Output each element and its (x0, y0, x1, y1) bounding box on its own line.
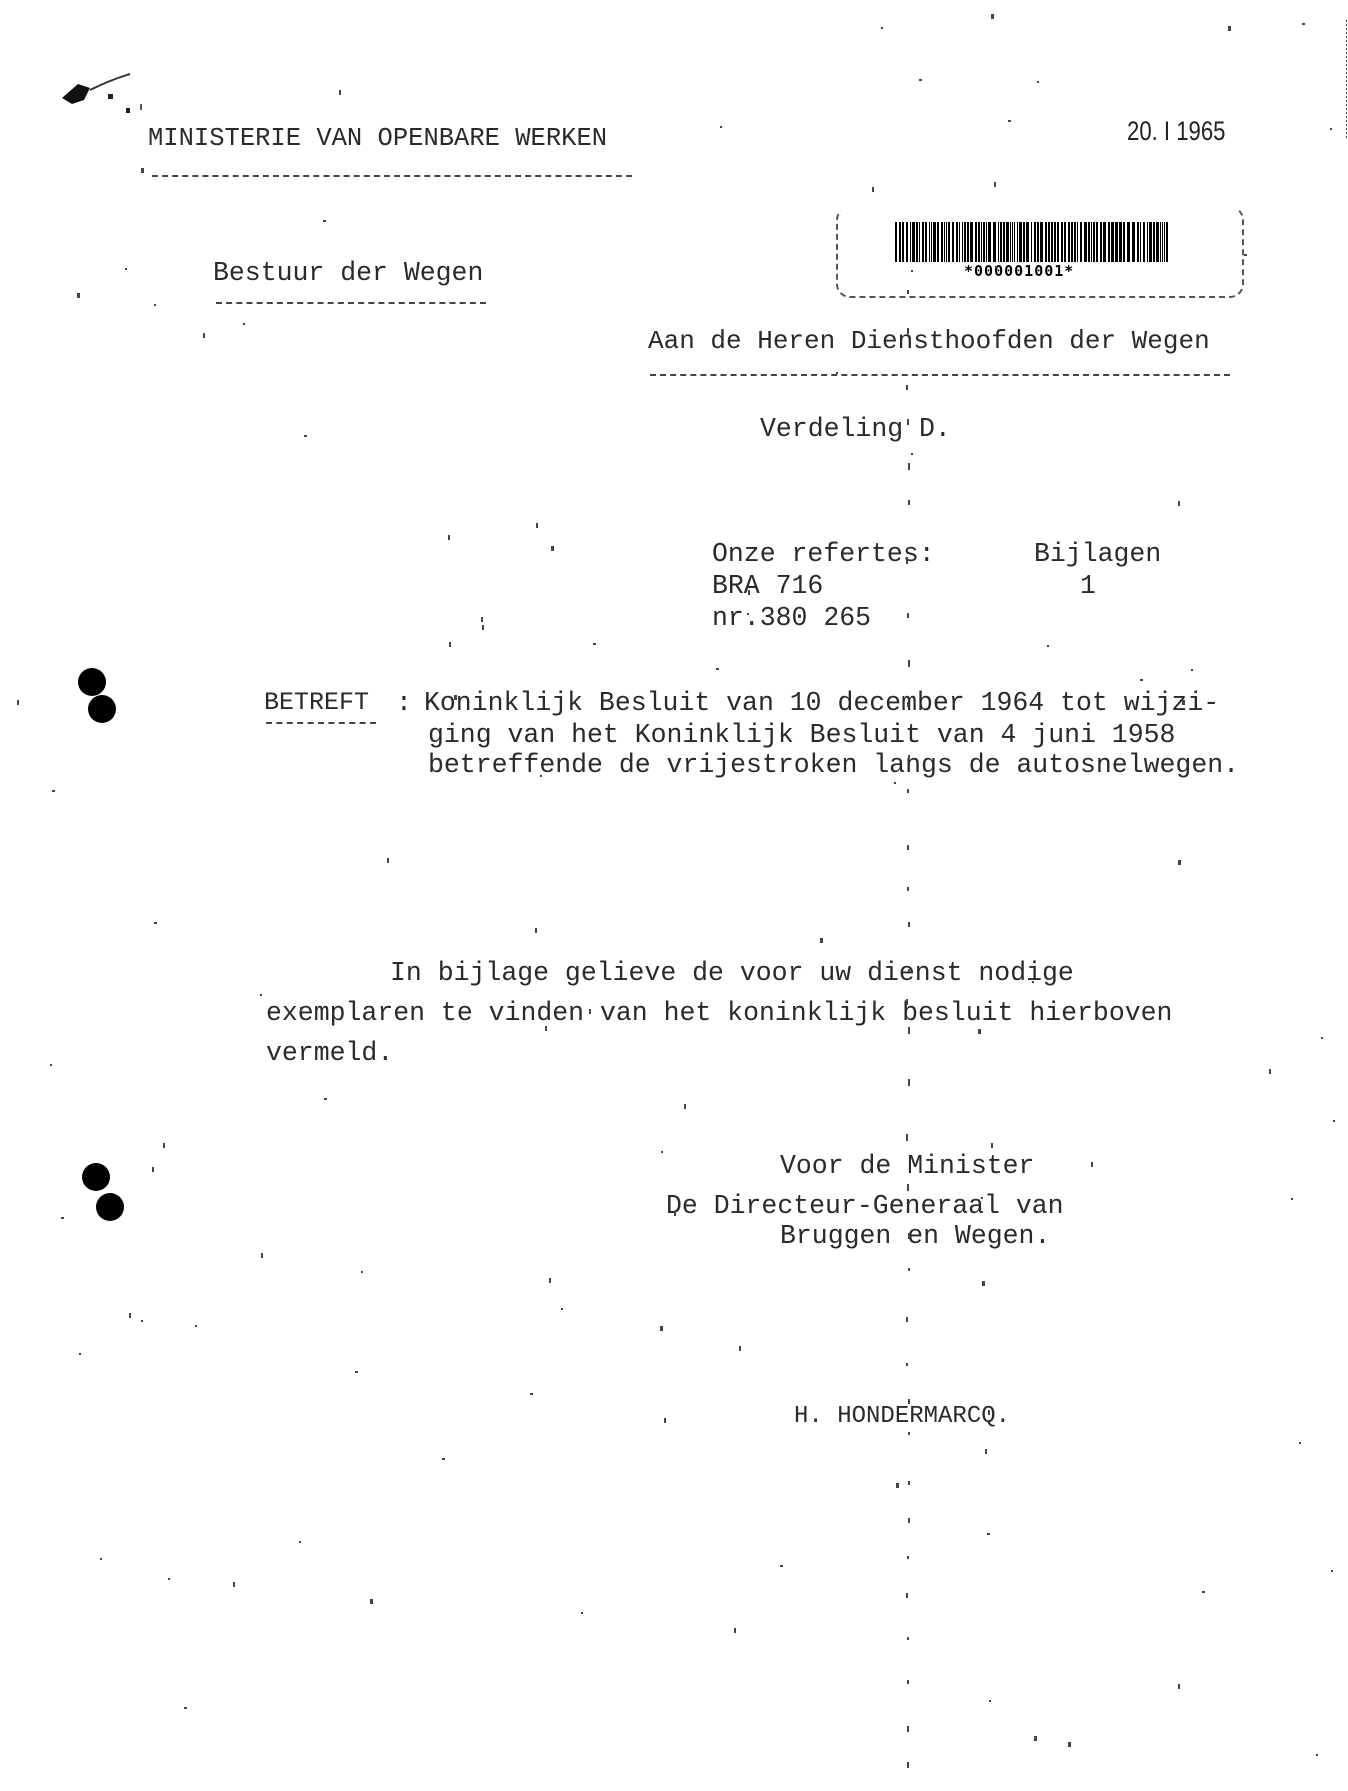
subject-label-underline (266, 722, 376, 724)
addressee-line: Aan de Heren Diensthoofden der Wegen (648, 326, 1210, 356)
barcode (895, 222, 1170, 262)
body-line-1: In bijlage gelieve de voor uw dienst nod… (390, 958, 1074, 988)
barcode-number: *000001001* (964, 262, 1074, 280)
body-line-2: exemplaren te vinden van het koninklijk … (266, 998, 1172, 1028)
subject-label: BETREFT (264, 688, 369, 718)
signatory-name: H. HONDERMARCQ. (794, 1402, 1010, 1432)
ministry-heading: MINISTERIE VAN OPENBARE WERKEN (148, 124, 607, 154)
ministry-underline (152, 175, 632, 177)
subject-line-3: betreffende de vrijestroken langs de aut… (428, 750, 1239, 780)
attachments-label: Bijlagen (1034, 539, 1161, 569)
signature-line-3: Bruggen en Wegen. (780, 1221, 1050, 1251)
references-label: Onze refertes: (712, 539, 935, 569)
body-line-3: vermeld. (266, 1038, 393, 1068)
addressee-underline (650, 374, 1230, 376)
reference-code: BRA 716 (712, 571, 823, 601)
date-stamp: 20. I 1965 (1127, 116, 1225, 147)
subject-line-2: ging van het Koninklijk Besluit van 4 ju… (428, 720, 1175, 750)
department-underline (216, 302, 486, 304)
reference-number: nr.380 265 (712, 603, 871, 633)
subject-line-1: Koninklijk Besluit van 10 december 1964 … (424, 688, 1219, 718)
distribution: Verdeling D. (760, 414, 951, 444)
signature-line-2: De Directeur-Generaal van (666, 1191, 1064, 1221)
attachments-count: 1 (1080, 571, 1096, 601)
ink-blot-artifact (50, 60, 160, 120)
department-heading: Bestuur der Wegen (213, 258, 483, 288)
subject-separator: : (396, 688, 412, 718)
signature-line-1: Voor de Minister (780, 1151, 1034, 1181)
